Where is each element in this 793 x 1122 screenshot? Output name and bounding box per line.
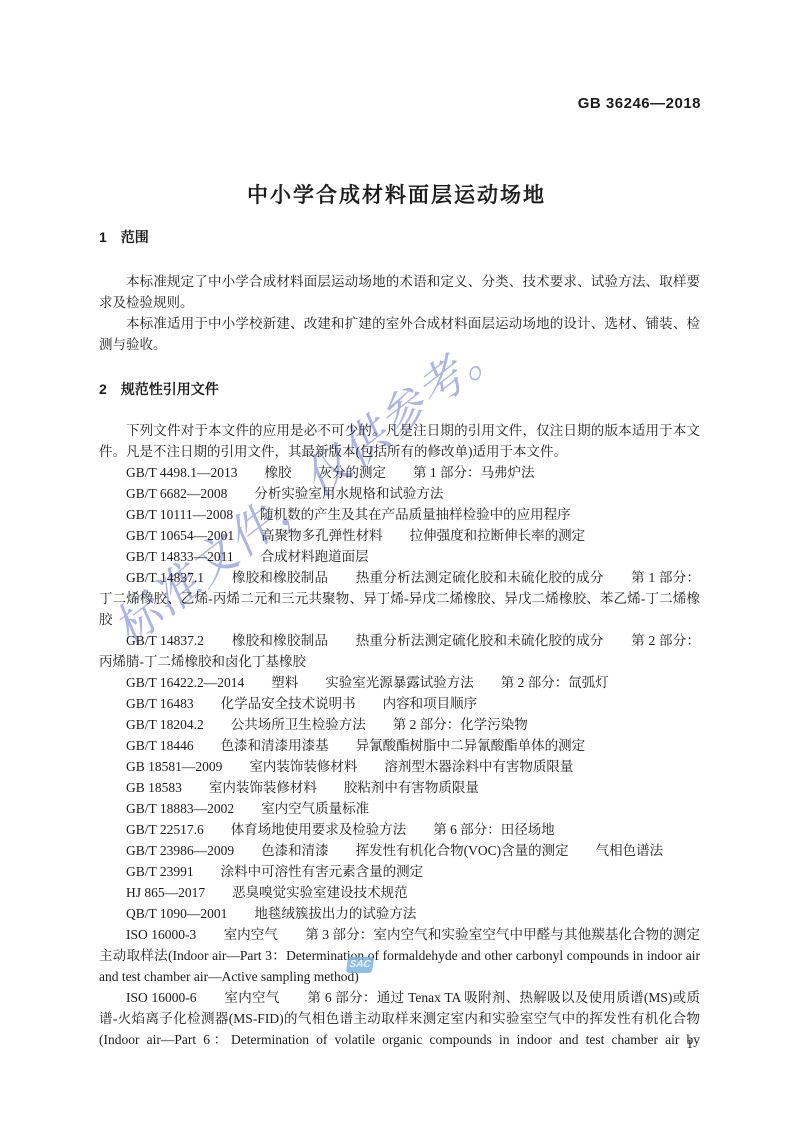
section-heading-scope: 1 范围 xyxy=(99,227,700,248)
document-page: GB 36246—2018 中小学合成材料面层运动场地 标准文件，仅供参考。 1… xyxy=(0,0,793,1122)
reference-item: GB/T 4498.1—2013 橡胶 灰分的测定 第 1 部分：马弗炉法 xyxy=(99,462,700,483)
scope-paragraph: 本标准适用于中小学校新建、改建和扩建的室外合成材料面层运动场地的设计、选材、铺装… xyxy=(99,313,700,355)
reference-item: GB/T 10111—2008 随机数的产生及其在产品质量抽样检验中的应用程序 xyxy=(99,504,700,525)
reference-item: ISO 16000-3 室内空气 第 3 部分：室内空气和实验室空气中甲醛与其他… xyxy=(99,924,700,987)
reference-item: GB/T 22517.6 体育场地使用要求及检验方法 第 6 部分：田径场地 xyxy=(99,819,700,840)
reference-item: QB/T 1090—2001 地毯绒簇拔出力的试验方法 xyxy=(99,903,700,924)
reference-item: GB/T 16422.2—2014 塑料 实验室光源暴露试验方法 第 2 部分：… xyxy=(99,672,700,693)
page-title: 中小学合成材料面层运动场地 xyxy=(0,179,793,209)
reference-item: GB/T 10654—2001 高聚物多孔弹性材料 拉伸强度和拉断伸长率的测定 xyxy=(99,525,700,546)
reference-item: GB/T 23986—2009 色漆和清漆 挥发性有机化合物(VOC)含量的测定… xyxy=(99,840,700,861)
reference-item: GB/T 14837.2 橡胶和橡胶制品 热重分析法测定硫化胶和未硫化胶的成分 … xyxy=(99,630,700,672)
reference-item: GB/T 6682—2008 分析实验室用水规格和试验方法 xyxy=(99,483,700,504)
reference-item: GB 18581—2009 室内装饰装修材料 溶剂型木器涂料中有害物质限量 xyxy=(99,756,700,777)
reference-item: GB/T 23991 涂料中可溶性有害元素含量的测定 xyxy=(99,861,700,882)
reference-item: GB 18583 室内装饰装修材料 胶粘剂中有害物质限量 xyxy=(99,777,700,798)
sac-logo-stamp: SAC xyxy=(346,957,374,973)
section-heading-normative-references: 2 规范性引用文件 xyxy=(99,379,700,400)
page-number: 1 xyxy=(687,1036,694,1052)
reference-item: GB/T 14833—2011 合成材料跑道面层 xyxy=(99,546,700,567)
document-body: 1 范围 本标准规定了中小学合成材料面层运动场地的术语和定义、分类、技术要求、试… xyxy=(99,227,700,1050)
reference-item: ISO 16000-6 室内空气 第 6 部分：通过 Tenax TA 吸附剂、… xyxy=(99,987,700,1050)
reference-item: GB/T 16483 化学品安全技术说明书 内容和项目顺序 xyxy=(99,693,700,714)
reference-item: GB/T 18446 色漆和清漆用漆基 异氰酸酯树脂中二异氰酸酯单体的测定 xyxy=(99,735,700,756)
reference-item: HJ 865—2017 恶臭嗅觉实验室建设技术规范 xyxy=(99,882,700,903)
scope-paragraph: 本标准规定了中小学合成材料面层运动场地的术语和定义、分类、技术要求、试验方法、取… xyxy=(99,271,700,313)
reference-item: GB/T 14837.1 橡胶和橡胶制品 热重分析法测定硫化胶和未硫化胶的成分 … xyxy=(99,567,700,630)
reference-item: GB/T 18883—2002 室内空气质量标准 xyxy=(99,798,700,819)
normative-references-intro: 下列文件对于本文件的应用是必不可少的。凡是注日期的引用文件，仅注日期的版本适用于… xyxy=(99,420,700,462)
standard-number: GB 36246—2018 xyxy=(578,95,701,112)
reference-item: GB/T 18204.2 公共场所卫生检验方法 第 2 部分：化学污染物 xyxy=(99,714,700,735)
